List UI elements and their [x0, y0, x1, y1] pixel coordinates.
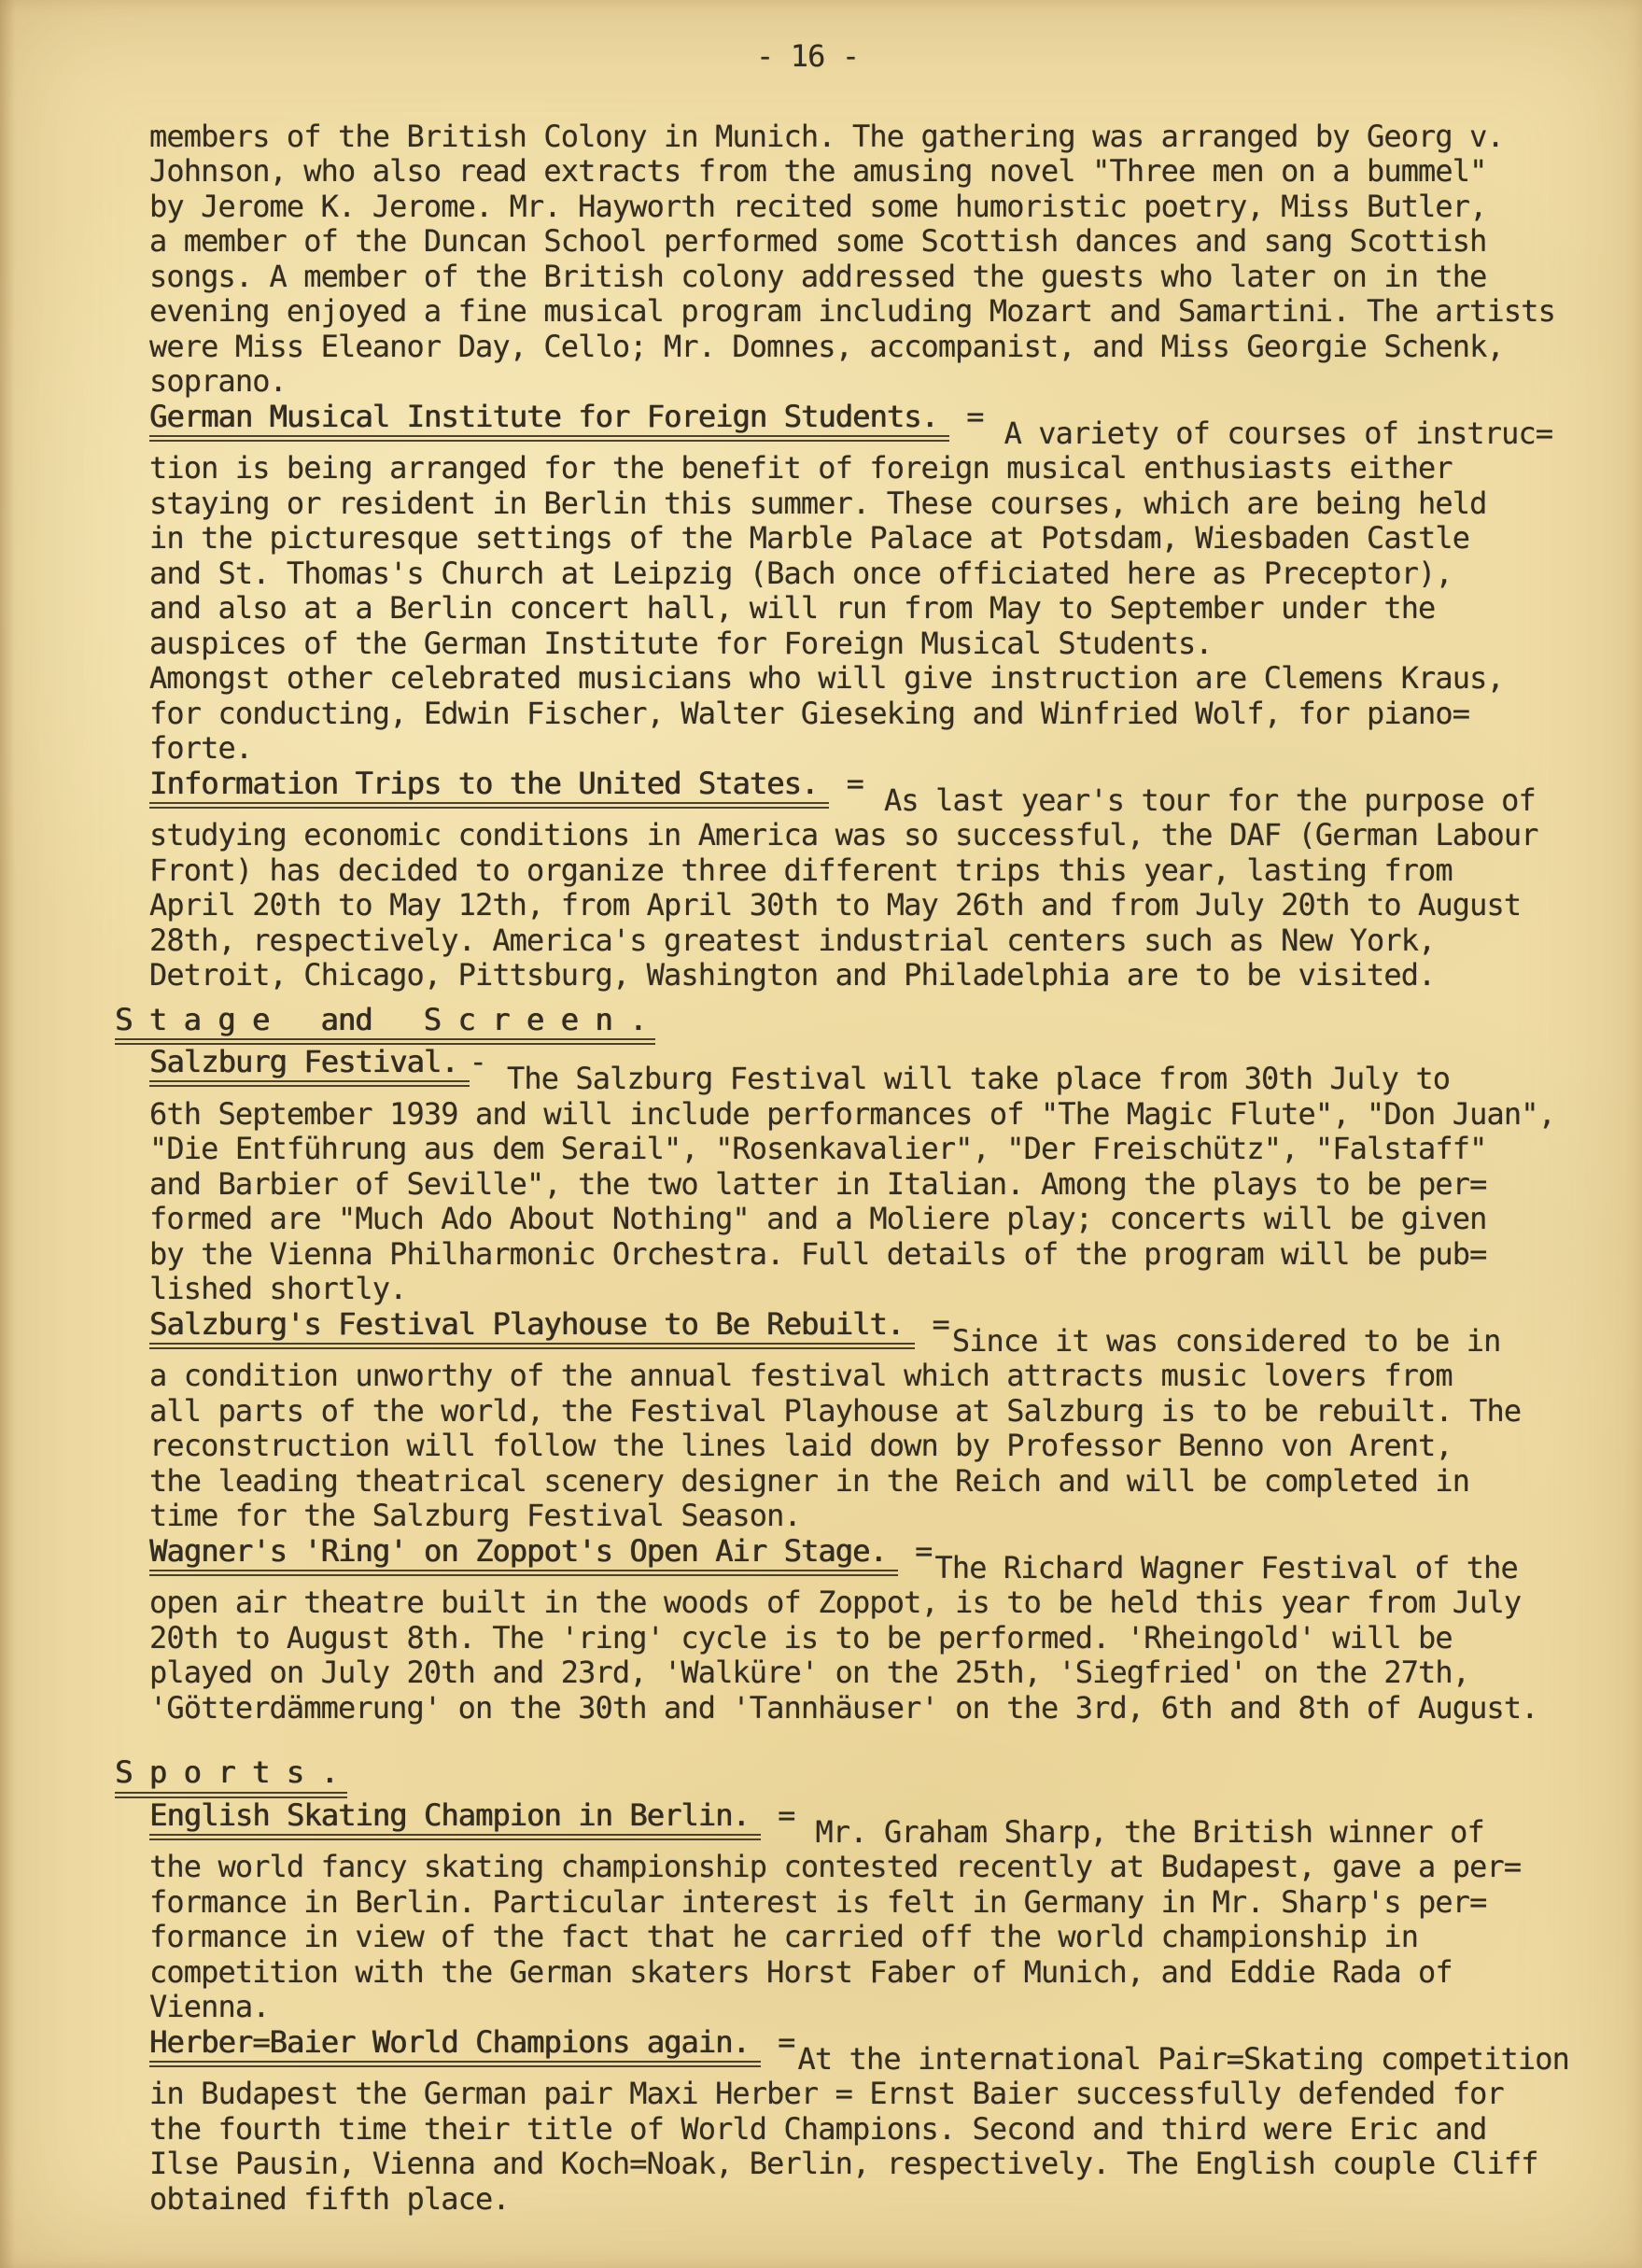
heading-separator: = [915, 1306, 949, 1342]
article-lead: Mr. Graham Sharp, the British winner of [816, 1814, 1484, 1850]
article-headline: Information Trips to the United States. … [149, 783, 1623, 819]
article-german-musical-institute: German Musical Institute for Foreign Stu… [149, 416, 1623, 767]
article-body: in Budapest the German pair Maxi Herber … [149, 2077, 1623, 2217]
section-title-sports: S p o r t s . [115, 1755, 347, 1798]
article-heading: Salzburg's Festival Playhouse to Be Rebu… [149, 1306, 915, 1349]
article-herber-baier-champions: Herber=Baier World Champions again. =At … [149, 2042, 1623, 2218]
section-title-stage-and-screen: S t a g e and S c r e e n . [115, 1003, 655, 1046]
article-heading: English Skating Champion in Berlin. [149, 1797, 761, 1840]
article-body: the world fancy skating championship con… [149, 1850, 1623, 2025]
heading-separator: = [829, 766, 863, 801]
article-headline: Salzburg Festival.-The Salzburg Festival… [149, 1062, 1623, 1097]
article-festival-playhouse-rebuilt: Salzburg's Festival Playhouse to Be Rebu… [149, 1324, 1623, 1534]
article-heading: German Musical Institute for Foreign Stu… [149, 399, 949, 442]
section-stage-and-screen: S t a g e and S c r e e n . Salzburg Fes… [149, 1003, 1623, 1726]
article-body: open air theatre built in the woods of Z… [149, 1585, 1623, 1726]
article-body: 6th September 1939 and will include perf… [149, 1097, 1623, 1307]
article-lead: The Richard Wagner Festival of the [934, 1550, 1517, 1585]
heading-separator: = [898, 1533, 933, 1569]
article-heading: Wagner's 'Ring' on Zoppot's Open Air Sta… [149, 1533, 898, 1576]
scanned-newsletter-page: - 16 - members of the British Colony in … [0, 0, 1642, 2268]
article-heading: Herber=Baier World Champions again. [149, 2024, 761, 2067]
article-heading: Salzburg Festival. [149, 1044, 470, 1087]
article-body: studying economic conditions in America … [149, 818, 1623, 993]
article-english-skating-champion: English Skating Champion in Berlin. =Mr.… [149, 1815, 1623, 2025]
article-headline: Wagner's 'Ring' on Zoppot's Open Air Sta… [149, 1551, 1623, 1586]
article-heading-raised: Herber=Baier World Champions again. = [149, 2024, 795, 2060]
heading-separator: = [761, 2024, 795, 2060]
heading-separator: - [470, 1044, 486, 1079]
article-headline: Salzburg's Festival Playhouse to Be Rebu… [149, 1324, 1623, 1359]
article-heading-raised: Salzburg Festival.- [149, 1044, 486, 1079]
article-lead: As last year's tour for the purpose of [884, 782, 1536, 818]
article-lead: A variety of courses of instruc= [1004, 416, 1553, 451]
article-lead: The Salzburg Festival will take place fr… [507, 1061, 1450, 1096]
article-heading: Information Trips to the United States. [149, 766, 829, 809]
article-heading-raised: Information Trips to the United States. … [149, 766, 863, 801]
article-body: a condition unworthy of the annual festi… [149, 1359, 1623, 1534]
article-heading-raised: English Skating Champion in Berlin. = [149, 1797, 795, 1833]
page-number: - 16 - [756, 39, 859, 75]
article-lead: At the international Pair=Skating compet… [798, 2041, 1569, 2077]
section-sports: S p o r t s . English Skating Champion i… [149, 1755, 1623, 2217]
intro-paragraph: members of the British Colony in Munich.… [149, 120, 1623, 400]
article-headline: English Skating Champion in Berlin. =Mr.… [149, 1815, 1623, 1851]
article-heading-raised: Salzburg's Festival Playhouse to Be Rebu… [149, 1306, 949, 1342]
article-wagner-ring-zoppot: Wagner's 'Ring' on Zoppot's Open Air Sta… [149, 1551, 1623, 1726]
article-heading-raised: Wagner's 'Ring' on Zoppot's Open Air Sta… [149, 1533, 932, 1569]
article-heading-raised: German Musical Institute for Foreign Stu… [149, 399, 984, 434]
article-information-trips-usa: Information Trips to the United States. … [149, 783, 1623, 993]
article-salzburg-festival: Salzburg Festival.-The Salzburg Festival… [149, 1062, 1623, 1307]
article-headline: German Musical Institute for Foreign Stu… [149, 416, 1623, 452]
heading-separator: = [949, 399, 984, 434]
article-lead: Since it was considered to be in [952, 1323, 1501, 1359]
article-headline: Herber=Baier World Champions again. =At … [149, 2042, 1623, 2078]
article-body: tion is being arranged for the benefit o… [149, 451, 1623, 767]
heading-separator: = [761, 1797, 795, 1833]
